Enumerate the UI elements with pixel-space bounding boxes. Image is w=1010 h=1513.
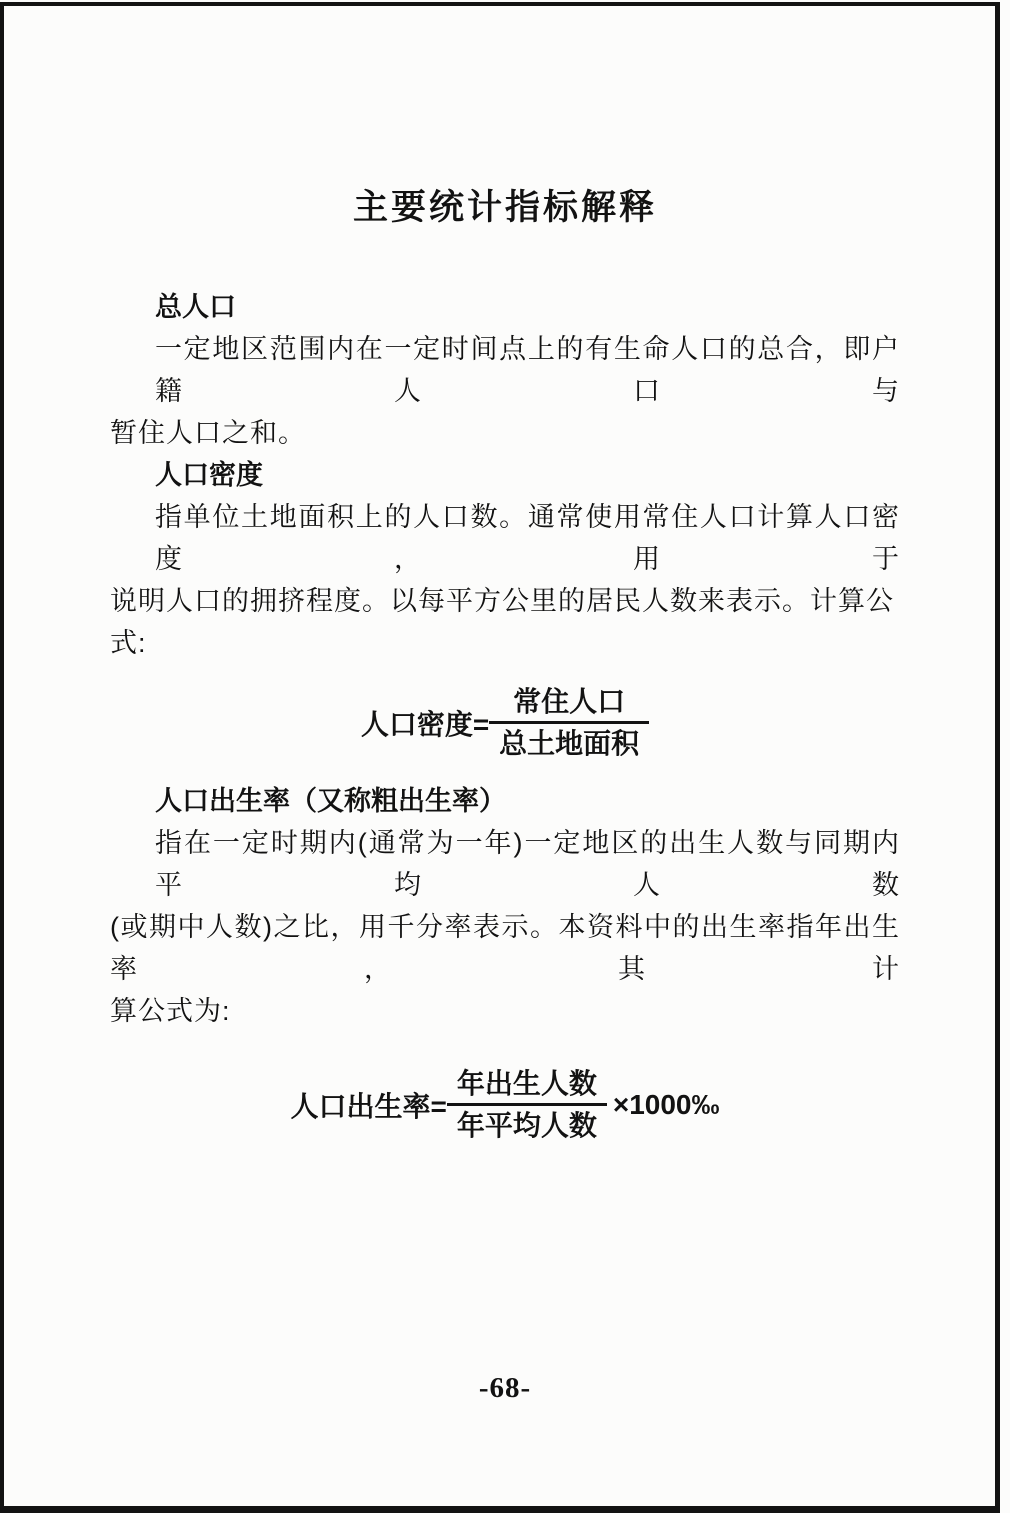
paragraph-line: (或期中人数)之比，用千分率表示。本资料中的出生率指年出生率，其计 — [110, 906, 900, 990]
paragraph-line: 暂住人口之和。 — [110, 412, 900, 454]
formula-lhs: 人口出生率= — [290, 1085, 446, 1125]
fraction: 年出生人数 年平均人数 — [447, 1068, 607, 1142]
page-content: 主要统计指标解释 总人口 一定地区范围内在一定时间点上的有生命人口的总合，即户籍… — [110, 0, 900, 1162]
formula-population-density: 人口密度= 常住人口 总土地面积 — [110, 680, 900, 766]
fraction-denominator: 总土地面积 — [489, 724, 649, 760]
section-birth-rate: 人口出生率（又称粗出生率） 指在一定时期内(通常为一年)一定地区的出生人数与同期… — [110, 780, 900, 1148]
document-page: 主要统计指标解释 总人口 一定地区范围内在一定时间点上的有生命人口的总合，即户籍… — [0, 0, 1010, 1513]
paragraph-line: 说明人口的拥挤程度。以每平方公里的居民人数来表示。计算公式: — [110, 580, 900, 664]
fraction-numerator: 常住人口 — [503, 686, 635, 721]
section-heading: 人口密度 — [110, 454, 900, 496]
formula-birth-rate: 人口出生率= 年出生人数 年平均人数 ×1000‰ — [110, 1062, 900, 1148]
paragraph-line: 一定地区范围内在一定时间点上的有生命人口的总合，即户籍人口与 — [110, 328, 900, 412]
paragraph-line: 指单位土地面积上的人口数。通常使用常住人口计算人口密度，用于 — [110, 496, 900, 580]
fraction: 常住人口 总土地面积 — [489, 686, 649, 760]
fraction-denominator: 年平均人数 — [447, 1106, 607, 1142]
formula-lhs: 人口密度= — [361, 703, 489, 743]
page-title: 主要统计指标解释 — [110, 186, 900, 230]
section-heading: 人口出生率（又称粗出生率） — [110, 780, 900, 822]
page-number: -68- — [0, 1372, 1010, 1405]
section-heading: 总人口 — [110, 286, 900, 328]
fraction-numerator: 年出生人数 — [447, 1068, 607, 1103]
section-total-population: 总人口 一定地区范围内在一定时间点上的有生命人口的总合，即户籍人口与 暂住人口之… — [110, 286, 900, 454]
formula-multiplier: ×1000‰ — [613, 1089, 720, 1121]
paragraph-line: 指在一定时期内(通常为一年)一定地区的出生人数与同期内平均人数 — [110, 822, 900, 906]
paragraph-line: 算公式为: — [110, 990, 900, 1032]
section-population-density: 人口密度 指单位土地面积上的人口数。通常使用常住人口计算人口密度，用于 说明人口… — [110, 454, 900, 766]
